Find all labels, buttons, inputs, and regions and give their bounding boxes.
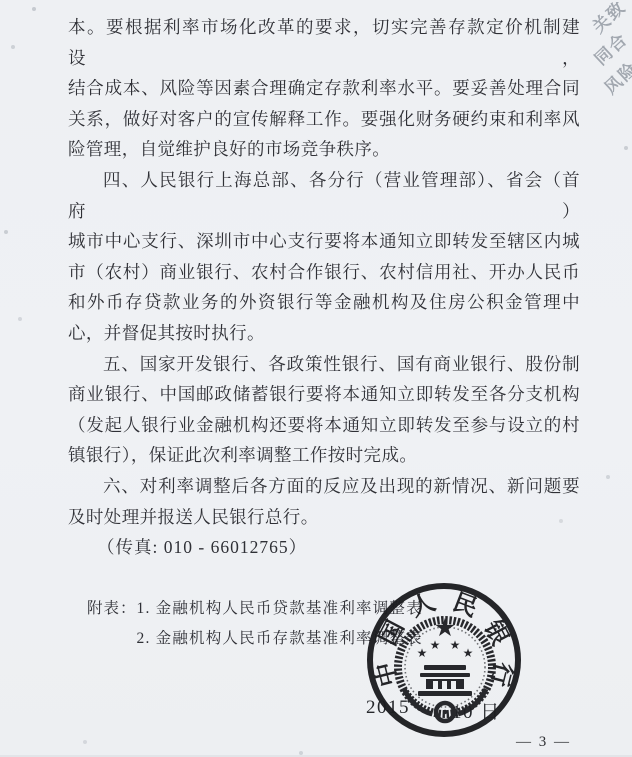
text-line: 商业银行、中国邮政储蓄银行要将本通知立即转发至各分支机构 — [68, 379, 580, 410]
paragraph-item-6: 六、对利率调整后各方面的反应及出现的新情况、新问题要 及时处理并报送人民银行总行… — [68, 471, 580, 532]
small-star-icon: ★ — [417, 646, 428, 660]
tiananmen-gate-icon — [418, 665, 472, 696]
text-line: 镇银行），保证此次利率调整工作按时完成。 — [68, 440, 580, 471]
text-line: 本。要根据利率市场化改革的要求，切实完善存款定价机制建设， — [68, 12, 580, 73]
small-star-icon: ★ — [463, 646, 474, 660]
attachments-label: 附表： — [87, 594, 137, 654]
paragraph-item-5: 五、国家开发银行、各政策性银行、国有商业银行、股份制 商业银行、中国邮政储蓄银行… — [68, 349, 580, 471]
text-line: 城市中心支行、深圳市中心支行要将本通知立即转发至辖区内城 — [68, 226, 580, 257]
fax-line: （传真: 010 - 66012765） — [68, 532, 580, 563]
scan-noise — [0, 0, 2, 2]
text-line: 六、对利率调整后各方面的反应及出现的新情况、新问题要 — [68, 471, 580, 502]
text-line: 关系，做好对客户的宣传解释工作。要强化财务硬约束和利率风 — [68, 104, 580, 135]
scanned-document-page: 关致 同合 风险 本。要根据利率市场化改革的要求，切实完善存款定价机制建设， 结… — [0, 0, 632, 757]
text-line: 四、人民银行上海总部、各分行（营业管理部）、省会（首府） — [68, 165, 580, 226]
paragraph-item-4: 四、人民银行上海总部、各分行（营业管理部）、省会（首府） 城市中心支行、深圳市中… — [68, 165, 580, 349]
small-star-icon: ★ — [450, 638, 461, 652]
small-star-icon: ★ — [430, 638, 441, 652]
official-seal-stamp: 中 国 人 民 银 行 ★ ★ ★ ★ ★ — [358, 573, 530, 745]
text-line: 和外币存贷款业务的外资银行等金融机构及住房公积金管理中 — [68, 287, 580, 318]
text-line: 心，并督促其按时执行。 — [68, 318, 580, 349]
text-line: 市（农村）商业银行、农村合作银行、农村信用社、开办人民币 — [68, 257, 580, 288]
text-line: 五、国家开发银行、各政策性银行、国有商业银行、股份制 — [68, 349, 580, 380]
gear-hub — [443, 710, 447, 714]
text-line: 结合成本、风险等因素合理确定存款利率水平。要妥善处理合同 — [68, 73, 580, 104]
text-line: 及时处理并报送人民银行总行。 — [68, 502, 580, 533]
document-body: 本。要根据利率市场化改革的要求，切实完善存款定价机制建设， 结合成本、风险等因素… — [68, 12, 580, 654]
paragraph-continuation: 本。要根据利率市场化改革的要求，切实完善存款定价机制建设， 结合成本、风险等因素… — [68, 12, 580, 165]
national-emblem-icon: ★ ★ ★ ★ ★ — [398, 613, 492, 721]
text-line: （发起人银行业金融机构还要将本通知立即转发至参与设立的村 — [68, 410, 580, 441]
text-line: 险管理，自觉维护良好的市场竞争秩序。 — [68, 134, 580, 165]
